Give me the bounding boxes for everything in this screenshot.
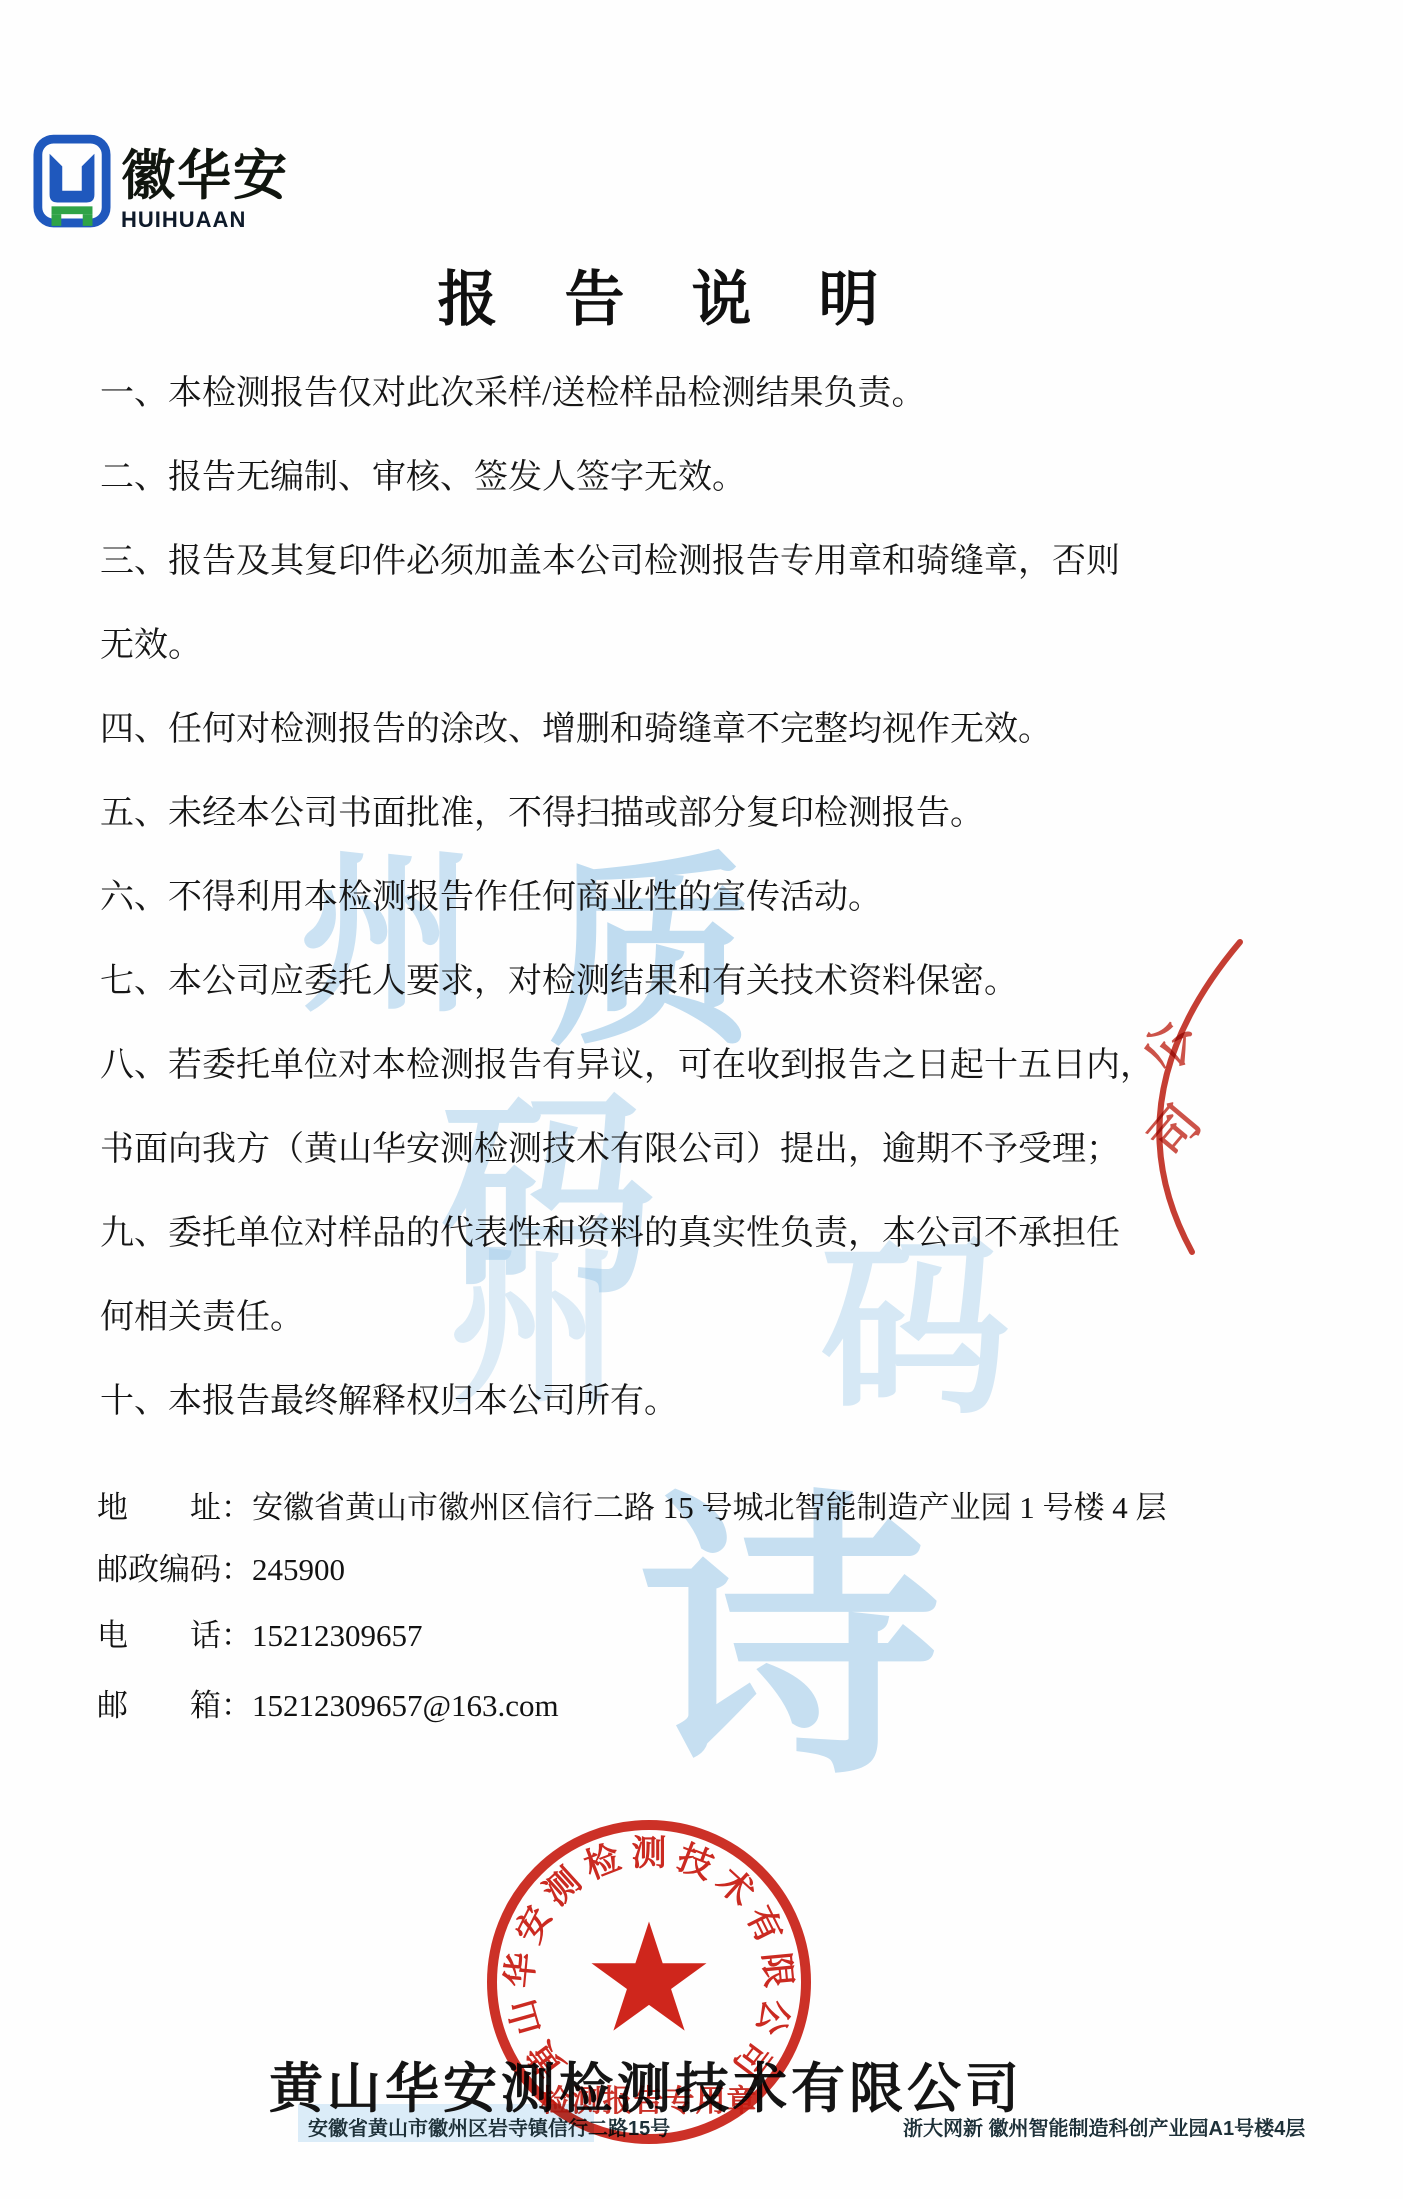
note-line-1: 一、本检测报告仅对此次采样/送检样品检测结果负责。 (100, 352, 1353, 436)
note-line-10: 十、本报告最终解释权归本公司所有。 (100, 1360, 1353, 1444)
address-line: 地 址：安徽省黄山市徽州区信行二路 15 号城北智能制造产业园 1 号楼 4 层 (97, 1482, 1167, 1527)
huihuaan-logo-icon (33, 133, 111, 229)
logo-u-shape (50, 154, 95, 203)
watermark-glyph: 诗 (640, 1490, 940, 1790)
phone-label: 电 话： (97, 1618, 252, 1653)
edge-stamp-arc (1100, 930, 1280, 1260)
logo-text: 徽华安 HUIHUAAN (121, 133, 289, 231)
postcode-line: 邮政编码：245900 (97, 1544, 345, 1589)
note-line-3: 三、报告及其复印件必须加盖本公司检测报告专用章和骑缝章，否则 (100, 520, 1353, 604)
page-title: 报 告 说 明 (0, 252, 1320, 338)
brand-name-cn: 徽华安 (121, 149, 289, 203)
phone-line: 电 话：15212309657 (97, 1610, 423, 1655)
seal-label: 检测报告专用章 (487, 2076, 811, 2120)
email-line: 邮 箱：15212309657@163.com (97, 1680, 559, 1725)
phone-value: 15212309657 (252, 1618, 423, 1653)
logo: 徽华安 HUIHUAAN (33, 133, 289, 231)
note-line-2: 二、报告无编制、审核、签发人签字无效。 (100, 436, 1353, 520)
note-line-4: 四、任何对检测报告的涂改、增删和骑缝章不完整均视作无效。 (100, 688, 1353, 772)
brand-name-en: HUIHUAAN (121, 209, 289, 231)
note-line-9b: 何相关责任。 (100, 1276, 1353, 1360)
seal-ring-char: 测 (629, 1834, 669, 1874)
company-seal: 黄山华安测检测技术有限公司 ★ 检测报告专用章 (487, 1820, 811, 2144)
edge-stamp-char: 公 (1142, 1018, 1199, 1075)
email-label: 邮 箱： (97, 1688, 252, 1723)
logo-bar-shape (52, 206, 93, 214)
logo-leg-left (52, 214, 62, 226)
star-icon: ★ (582, 1904, 716, 2054)
seal-ring-char: 限 (755, 1948, 799, 1992)
note-line-5: 五、未经本公司书面批准，不得扫描或部分复印检测报告。 (100, 772, 1353, 856)
address-label: 地 址： (97, 1490, 252, 1525)
notes-list: 一、本检测报告仅对此次采样/送检样品检测结果负责。 二、报告无编制、审核、签发人… (100, 352, 1353, 1444)
postcode-label: 邮政编码： (97, 1552, 252, 1587)
note-line-6: 六、不得利用本检测报告作任何商业性的宣传活动。 (100, 856, 1353, 940)
report-notes-page: 州质码码诗州 徽华安 HUIHUAAN 报 告 说 明 一、本检测报告仅对此次采… (0, 0, 1403, 2199)
seal-ring-char: 华 (500, 1948, 544, 1992)
postcode-value: 245900 (252, 1552, 345, 1587)
address-value: 安徽省黄山市徽州区信行二路 15 号城北智能制造产业园 1 号楼 4 层 (252, 1490, 1167, 1525)
email-value: 15212309657@163.com (252, 1688, 559, 1723)
logo-leg-right (83, 214, 93, 226)
footer-address-right: 浙大网新 徽州智能制造科创产业园A1号楼4层 (903, 2112, 1305, 2141)
note-line-3b: 无效。 (100, 604, 1353, 688)
